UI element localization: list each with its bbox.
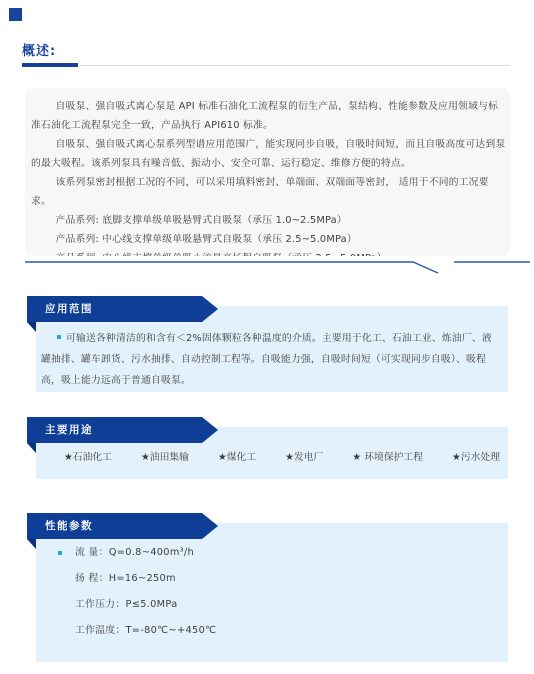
- overview-heading: 概述:: [22, 40, 56, 59]
- application-text: 可输送各种清洁的和含有＜2%固体颗粒各种温度的介质。主要用于化工、石油工业、炼油…: [41, 333, 492, 386]
- heading-underline-accent: [22, 63, 78, 67]
- divider-pointer-line: [25, 258, 530, 280]
- overview-paragraph: 产品系列: 中心线支撑单级单吸悬臂式自吸泵（承压 2.5~5.0MPa）: [31, 230, 506, 249]
- section-banner-usage: 主要用途: [27, 417, 218, 443]
- application-paragraph: 可输送各种清洁的和含有＜2%固体颗粒各种温度的介质。主要用于化工、石油工业、炼油…: [41, 328, 494, 391]
- performance-text: 扬 程：H=16~250m: [75, 573, 176, 584]
- usage-item: ★油田集输: [141, 451, 189, 465]
- performance-line: 工作压力：P≤5.0MPa: [75, 592, 498, 618]
- usage-item: ★污水处理: [452, 451, 500, 465]
- usage-item: ★发电厂: [285, 451, 323, 465]
- usage-item: ★ 环境保护工程: [352, 451, 423, 465]
- ribbon-fold: [27, 443, 36, 453]
- section-banner-performance: 性能参数: [27, 513, 218, 539]
- performance-text: 流 量：Q=0.8~400m³/h: [75, 547, 194, 558]
- overview-paragraph: 产品系列: 底脚支撑单级单吸悬臂式自吸泵（承压 1.0~2.5MPa）: [31, 211, 506, 230]
- ribbon-fold: [27, 322, 36, 332]
- performance-text: 工作压力：P≤5.0MPa: [75, 599, 178, 610]
- ribbon-fold: [27, 539, 36, 549]
- heading-underline-rule: [79, 65, 510, 66]
- overview-paragraph: 自吸泵、强自吸式离心泵是 API 标准石油化工流程泵的衍生产品，泵结构、性能参数…: [31, 97, 506, 135]
- usage-item: ★石油化工: [64, 451, 112, 465]
- section-body-performance: 流 量：Q=0.8~400m³/h 扬 程：H=16~250m 工作压力：P≤5…: [36, 523, 508, 662]
- usage-item: ★煤化工: [218, 451, 256, 465]
- document-page: 概述: 自吸泵、强自吸式离心泵是 API 标准石油化工流程泵的衍生产品，泵结构、…: [0, 0, 534, 674]
- bullet-icon: [58, 551, 62, 555]
- bullet-icon: [57, 335, 61, 339]
- overview-paragraph: 该系列泵密封根据工况的不同，可以采用填料密封、单端面、双端面等密封， 适用于不同…: [31, 173, 506, 211]
- overview-text-box: 自吸泵、强自吸式离心泵是 API 标准石油化工流程泵的衍生产品，泵结构、性能参数…: [25, 88, 510, 256]
- usage-items-row: ★石油化工 ★油田集输 ★煤化工 ★发电厂 ★ 环境保护工程 ★污水处理: [57, 451, 498, 465]
- overview-paragraph: 自吸泵、强自吸式离心泵系列型谱应用范围广，能实现同步自吸，自吸时间短，而且自吸高…: [31, 135, 506, 173]
- performance-line: 扬 程：H=16~250m: [75, 566, 498, 592]
- performance-text: 工作温度：T=-80℃~+450℃: [75, 625, 216, 636]
- section-banner-application: 应用范围: [27, 296, 218, 322]
- performance-line: 工作温度：T=-80℃~+450℃: [75, 618, 498, 644]
- overview-paragraph: 产品系列: 中心线支撑单级单吸小流量高扬程自吸泵（承压 2.5~5.0MPa）: [31, 249, 506, 256]
- brand-logo-square: [9, 8, 22, 21]
- performance-line: 流 量：Q=0.8~400m³/h: [75, 540, 498, 566]
